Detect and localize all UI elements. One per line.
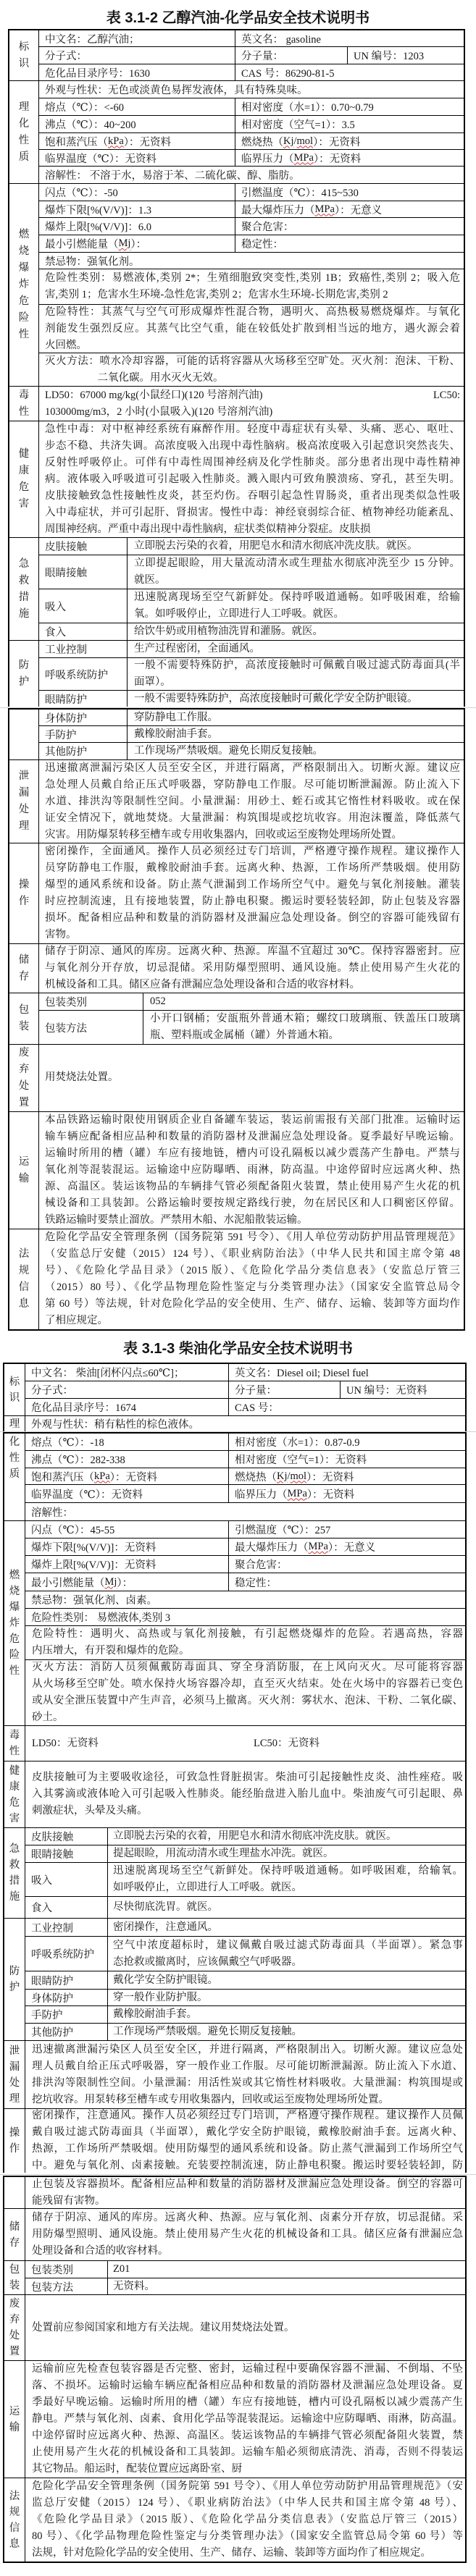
table-row: 迅速撤离泄漏污染区人员至安全区，并进行隔离，严格限制出入。切断火源。建议应急处理… bbox=[39, 760, 464, 843]
table-row: 密闭操作，注意通风。操作人员必须经过专门培训，严格遵守操作规程。建议操作人员佩戴… bbox=[25, 2109, 465, 2173]
chinese-name: 中文名：乙醇汽油； bbox=[39, 30, 235, 46]
table-row: 工业控制 密闭操作，注意通风。 bbox=[25, 1919, 465, 1936]
protection-item-text: 穿防静电工作服。 bbox=[127, 710, 464, 725]
category-label: 操作 bbox=[19, 877, 30, 910]
protection-item-text: 一般不需要特殊防护，高浓度接触时可佩戴自吸过滤式防毒面具(半面罩）。 bbox=[127, 658, 464, 690]
category-cell: 法规信息 bbox=[4, 2478, 25, 2562]
section-physchem: 理 外观与性状：稍有粘性的棕色液体。 bbox=[4, 1415, 465, 1432]
min-ignition-energy: 最小引燃能量（Mj）： bbox=[39, 235, 235, 252]
text-line: 挖坑收容。用泵转移至槽车或专用收集器内，回收或运至废物处理场所处置。 bbox=[32, 2092, 463, 2108]
table-row: 溶解性： 不溶于水，易溶于苯、二硫化碳、醇、脂肪。 bbox=[39, 166, 464, 183]
section-body: 身体防护 穿防静电工作服。 手防护 戴橡胶耐油手套。 其他防护 工作现场严禁吸烟… bbox=[39, 710, 464, 759]
first-aid-item-label: 皮肤接触 bbox=[39, 538, 127, 555]
table-row: 手防护 戴橡胶耐油手套。 bbox=[25, 2005, 465, 2023]
category-label: 防护 bbox=[9, 1963, 20, 1995]
category-label: 健康危害 bbox=[19, 446, 30, 513]
section-body: 皮肤接触 立即脱去污染的衣着，用肥皂水和清水彻底冲洗皮肤。就医。 眼睛接触 提起… bbox=[25, 1828, 465, 1918]
text-line: 急处理人员戴自给正压式呼吸器，穿防静电工作服。尽可能切断泄漏源。防止流入下 bbox=[45, 777, 460, 794]
table-row: 危险化学品安全管理条例（国务院第 591 号令）、《用人单位劳动防护用品管理规范… bbox=[25, 2478, 465, 2562]
chinese-name: 中文名： 柴油[闭杯闪点≤60℃]； bbox=[25, 1364, 228, 1381]
first-aid-item-label: 吸入 bbox=[39, 589, 127, 623]
section-identification: 标识 中文名：乙醇汽油； 英文名： gasoline 分子式： 分子量： UN … bbox=[9, 30, 464, 80]
protection-item-label: 身体防护 bbox=[25, 1990, 107, 2005]
table-row: 密闭操作，全面通风。操作人员必须经过专门培训，严格遵守操作规程。建议操作人员穿防… bbox=[39, 843, 464, 943]
un-number: UN 编号：1203 bbox=[347, 47, 464, 64]
hazard-class: 危险性类别：易燃液体,类别 2*；生殖细胞致突变性,类别 1B；致癌性,类别 2… bbox=[39, 269, 464, 304]
table-row: LD50：无资料 LC50：无资料 bbox=[25, 1726, 465, 1761]
category-cell: 急救措施 bbox=[9, 538, 39, 640]
first-aid-item-label: 食入 bbox=[25, 1897, 107, 1918]
incompatible-materials: 禁忌物：强氧化剂、卤素。 bbox=[25, 1591, 465, 1608]
text-line: 落、不损坏。运输时运输车辆应配备相应品种和数量的消防器材及泄漏应急处理设备。夏 bbox=[32, 2378, 463, 2394]
category-cell: 包装 bbox=[9, 993, 39, 1044]
polymerization-hazard: 聚合危害： bbox=[235, 218, 464, 235]
text-line: 皮肤接触可为主要吸收途径，可致急性肾脏损害。柴油可引起接触性皮炎、油性痤疮。吸 bbox=[32, 1769, 463, 1786]
category-cell: 标识 bbox=[4, 1364, 25, 1415]
text-line: 或从安全泄压装置中产生声音，必须马上撤离。灭火剂：雾状水、泡沫、干粉、二氧化碳、 bbox=[32, 1693, 463, 1709]
section-body: LD50：无资料 LC50：无资料 bbox=[25, 1726, 465, 1761]
critical-pressure: 临界压力（MPa）：无资料 bbox=[235, 150, 464, 166]
section-first-aid: 急救措施 皮肤接触 立即脱去污染的衣着，用肥皂水和清水彻底冲洗皮肤。就医。 眼睛… bbox=[4, 1827, 465, 1918]
vapor-pressure: 饱和蒸汽压（kPa）：无资料 bbox=[39, 133, 235, 149]
section-body: 中文名：乙醇汽油； 英文名： gasoline 分子式： 分子量： UN 编号：… bbox=[39, 30, 464, 80]
storage-text: 储存于阴凉、通风的库房。远离火种、热源。应与氧化剂、卤素分开存放，切忌混储。采用… bbox=[25, 2209, 465, 2260]
table-row: 闪点（℃）：-50 引燃温度（℃）：415~530 bbox=[39, 184, 464, 201]
text-line: 密闭操作，注意通风。 bbox=[113, 1919, 463, 1936]
text-line: 火回燃。 bbox=[45, 337, 460, 354]
section-body: 密闭操作，全面通风。操作人员必须经过专门培训，严格遵守操作规程。建议操作人员穿防… bbox=[39, 843, 464, 943]
table-row: 灭火方法：消防人员须佩戴防毒面具、穿全身消防服，在上风向灭火。尽可能将容器从火场… bbox=[25, 1659, 465, 1725]
text-line: 空气中浓度超标时，建议佩戴自吸过滤式防毒面具（半面罩）。紧急事 bbox=[113, 1937, 463, 1954]
section-body: 闪点（℃）：-50 引燃温度（℃）：415~530 爆炸下限[%(V/V)]：1… bbox=[39, 184, 464, 386]
section-body: 本品铁路运输时限使用钢质企业自备罐车装运，装运前需报有关部门批准。运输时运输车辆… bbox=[39, 1112, 464, 1229]
toxicity-values: LD50：67000 mg/kg(小鼠经口)(120 号溶剂汽油) LC50: … bbox=[39, 387, 464, 421]
lc50-value: 103000mg/m3，2 小时(小鼠吸入)(120 号溶剂汽油) bbox=[45, 404, 460, 421]
regulations-text: 危险化学品安全管理条例（国务院第 591 号令）、《用人单位劳动防护用品管理规范… bbox=[25, 2478, 465, 2562]
first-aid-item-text: 立即脱去污染的衣着，用肥皂水和清水彻底冲洗皮肤。就医。 bbox=[127, 538, 464, 555]
category-cell: 毒性 bbox=[9, 387, 39, 421]
category-cell: 包装 bbox=[4, 2261, 25, 2294]
category-label: 废弃处置 bbox=[9, 2296, 20, 2360]
text-line: 穿防静电工作服。 bbox=[134, 710, 460, 726]
first-aid-item-label: 皮肤接触 bbox=[25, 1828, 107, 1845]
category-label: 法规信息 bbox=[19, 1246, 30, 1313]
section-body: 储存于阴凉、通风的库房。远离火种、热源。库温不宜超过 30℃。保持容器密封。应与… bbox=[39, 944, 464, 993]
table-row: 爆炸下限[%(V/V)]：1.3 最大爆炸压力（MPa）：无意义 bbox=[39, 201, 464, 217]
section-leak-handling: 泄漏处理 迅速撤离泄漏污染区人员至安全区，并进行隔离，严格限制出入。切断火源。建… bbox=[9, 759, 464, 843]
disposal-text: 用焚烧法处置。 bbox=[39, 1045, 464, 1110]
boiling-point: 沸点（℃）：282-338 bbox=[25, 1451, 228, 1468]
section-body: 危险化学品安全管理条例（国务院第 591 号令）、《用人单位劳动防护用品管理规范… bbox=[39, 1229, 464, 1329]
first-aid-item-text: 迅速脱离现场至空气新鲜处。保持呼吸道通畅。如呼吸困难，给输氧。如呼吸停止，立即进… bbox=[107, 1863, 465, 1896]
table-row: 包装方法 无资料。 bbox=[25, 2278, 465, 2294]
protection-item-label: 身体防护 bbox=[39, 710, 127, 725]
category-cell bbox=[4, 2177, 25, 2208]
table-row: 临界温度（℃）：无资料 临界压力（MPa）：无资料 bbox=[39, 149, 464, 166]
text-line: （安监总厅安健（2015）124 号）、《职业病防治法》（中华人民共和国主席令第… bbox=[45, 1246, 460, 1263]
msds-table-diesel-page-1: 标识 中文名： 柴油[闭杯闪点≤60℃]； 英文名：Diesel oil; Di… bbox=[3, 1363, 467, 1432]
text-line: 密闭操作，全面通风。操作人员必须经过专门培训，严格遵守操作规程。建议操作人 bbox=[45, 843, 460, 860]
vapor-pressure: 饱和蒸汽压（kPa）：无资料 bbox=[25, 1468, 228, 1484]
section-transport: 运输 本品铁路运输时限使用钢质企业自备罐车装运，装运前需报有关部门批准。运输时运… bbox=[9, 1111, 464, 1229]
table-row: 身体防护 穿一般作业防护服。 bbox=[25, 1989, 465, 2005]
text-line: 热源，工作场所严禁吸烟。使用防爆型的通风系统和设备。防止蒸气泄漏到工作场所空气 bbox=[32, 2141, 463, 2158]
table-row: 吸入 迅速脱离现场至空气新鲜处。保持呼吸道通畅。如呼吸困难，给输氧。如呼吸停止，… bbox=[25, 1862, 465, 1896]
melting-point: 熔点（℃）：-18 bbox=[25, 1434, 228, 1450]
protection-item-label: 呼吸系统防护 bbox=[39, 658, 127, 690]
cas-number: CAS 号： bbox=[228, 1399, 465, 1415]
text-line: 危险性类别：易燃液体,类别 2*；生殖细胞致突变性,类别 1B；致癌性,类别 2… bbox=[45, 270, 460, 287]
table-row: 分子式： 分子量： UN 编号：1203 bbox=[39, 46, 464, 64]
toxicity-values: LD50：无资料 LC50：无资料 bbox=[25, 1726, 465, 1761]
table-row: 爆炸上限[%(V/V)]：无资料 聚合危害： bbox=[25, 1555, 465, 1573]
packaging-item-text: 无资料。 bbox=[107, 2278, 465, 2294]
table-row: 外观与性状：稍有粘性的棕色液体。 bbox=[25, 1416, 465, 1431]
table-row: 外观与性状：无色或淡黄色易挥发液体，具有特殊臭味。 bbox=[39, 81, 464, 98]
text-line: 面罩）。 bbox=[134, 674, 460, 691]
section-body: 迅速撤离泄漏污染区人员至安全区，并进行隔离，严格限制出入。切断火源。建议应急处理… bbox=[39, 760, 464, 843]
text-line: 剂能发生强烈反应。其蒸气比空气重，能在较低处扩散到相当远的地方，遇火源会着 bbox=[45, 321, 460, 337]
text-line: 源、高温区。装运该物品的车辆排气管必须配备阻火装置，禁止使用易产生火花的机 bbox=[45, 1179, 460, 1195]
first-aid-item-text: 给饮牛奶或用植物油洗胃和灌肠。就医。 bbox=[127, 623, 464, 640]
protection-item-text: 空气中浓度超标时，建议佩戴自吸过滤式防毒面具（半面罩）。紧急事态抢救或撤离时，应… bbox=[107, 1937, 465, 1971]
text-line: 季最好早晚运输。运输时所用的槽（罐）车应有接地链，槽内可设孔隔板以减少震荡产生 bbox=[32, 2394, 463, 2411]
text-line: 反射性呼吸停止。可伴有中毒性周围神经病及化学性肺炎。部分患者出现中毒性精神 bbox=[45, 455, 460, 471]
spellcheck-underline: MPa bbox=[315, 203, 335, 216]
section-body: 包装类别 052 包装方法 小开口钢桶；安瓿瓶外普通木箱；螺纹口玻璃瓶、铁盖压口… bbox=[39, 993, 464, 1044]
stability: 稳定性： bbox=[235, 235, 464, 252]
section-body: 包装类别 Z01 包装方法 无资料。 bbox=[25, 2261, 465, 2294]
relative-density-air: 相对密度（空气=1）：3.5 bbox=[235, 116, 464, 132]
health-hazard-text: 急性中毒：对中枢神经系统有麻醉作用。轻度中毒症状有头晕、头痛、恶心、呕吐、步态不… bbox=[39, 421, 464, 537]
category-cell: 理 bbox=[4, 1416, 25, 1432]
upper-explosion-limit: 爆炸上限[%(V/V)]：6.0 bbox=[39, 218, 235, 235]
text-line: 尽快彻底洗胃。就医。 bbox=[113, 1899, 463, 1916]
category-cell: 健康危害 bbox=[4, 1761, 25, 1827]
lc50-label: LC50: bbox=[433, 387, 460, 404]
category-cell: 泄漏处理 bbox=[9, 760, 39, 843]
text-line: 密闭操作，注意通风。操作人员必须经过专门培训，严格遵守操作规程。建议操作人员佩 bbox=[32, 2108, 463, 2124]
un-number: UN 编号：无资料 bbox=[340, 1381, 465, 1398]
text-line: 水道、排洪沟等限制性空间。小量泄漏：用砂土、蛭石或其它惰性材料吸收。或在保 bbox=[45, 794, 460, 810]
catalog-number: 危化品目录序号：1674 bbox=[25, 1399, 228, 1415]
category-label: 毒性 bbox=[9, 1727, 20, 1759]
table-row: 熔点（℃）：-18 相对密度（水=1）：0.87-0.9 bbox=[25, 1434, 465, 1450]
protection-item-text: 工作现场严禁吸烟。避免长期反复接触。 bbox=[127, 743, 464, 759]
category-label: 废弃处置 bbox=[19, 1045, 30, 1111]
text-line: 本品铁路运输时限使用钢质企业自备罐车装运，装运前需报有关部门批准。运输时运 bbox=[45, 1112, 460, 1129]
text-line: 用防爆型照明、通风设施。禁止使用易产生火花的机械设备和工具。储区应备有泄漏应急 bbox=[32, 2226, 463, 2243]
hazard-properties: 危险特性：其蒸气与空气可形成爆炸性混合物，遇明火、高热极易燃烧爆炸。与氧化剂能发… bbox=[39, 305, 464, 353]
table-row: 中文名：乙醇汽油； 英文名： gasoline bbox=[39, 30, 464, 46]
text-line: 周围神经病。严重中毒出现中毒性脑病，症状类似精神分裂症。皮肤损 bbox=[45, 521, 460, 538]
text-line: 证安全情况下，就地焚烧。大量泄漏：构筑围堤或挖坑收容。用泡沫覆盖，降低蒸气 bbox=[45, 810, 460, 827]
text-line: 工作现场严禁吸烟。避免长期反复接触。 bbox=[113, 2024, 463, 2040]
protection-item-text: 戴橡胶耐油手套。 bbox=[127, 726, 464, 742]
text-line: 与氧化剂分开存放，切忌混储。采用防爆型照明、通风设施。禁止使用易产生火花的 bbox=[45, 960, 460, 977]
protection-item-label: 手防护 bbox=[39, 726, 127, 742]
category-label: 化性质 bbox=[9, 1434, 20, 1482]
critical-temperature: 临界温度（℃）：无资料 bbox=[25, 1485, 228, 1502]
section-health-hazard: 健康危害 急性中毒：对中枢神经系统有麻醉作用。轻度中毒症状有头晕、头痛、恶心、呕… bbox=[9, 421, 464, 537]
section-identification: 标识 中文名： 柴油[闭杯闪点≤60℃]； 英文名：Diesel oil; Di… bbox=[4, 1364, 465, 1415]
text-line: 运输前应先检查包装容器是否完整、密封，运输过程中要确保容器不泄漏、不倒塌、不坠 bbox=[32, 2361, 463, 2378]
protection-item-text: 穿一般作业防护服。 bbox=[107, 1990, 465, 2005]
section-body: 皮肤接触 立即脱去污染的衣着，用肥皂水和清水彻底冲洗皮肤。就医。 眼睛接触 立即… bbox=[39, 538, 464, 640]
table-row: 用焚烧法处置。 bbox=[39, 1045, 464, 1110]
text-line: 中。避免与氧化剂、卤素接触。充装要控制流速，防止静电积聚。搬运时要轻装轻卸，防 bbox=[32, 2158, 463, 2174]
category-cell: 废弃处置 bbox=[4, 2295, 25, 2360]
text-line: 病。液体吸入呼吸道可引起吸入性肺炎。溅入眼内可致角膜溃疡、穿孔，甚至失明。 bbox=[45, 471, 460, 488]
category-label: 操作 bbox=[9, 2125, 20, 2157]
section-body: LD50：67000 mg/kg(小鼠经口)(120 号溶剂汽油) LC50: … bbox=[39, 387, 464, 421]
table-row: 最小引燃能量（Mj）： 稳定性： bbox=[39, 235, 464, 252]
operation-text: 密闭操作，全面通风。操作人员必须经过专门培训，严格遵守操作规程。建议操作人员穿防… bbox=[39, 843, 464, 943]
table-title: 表 3.1-2 乙醇汽油-化学品安全技术说明书 bbox=[0, 8, 476, 28]
text-line: 一般不需要特殊防护，高浓度接触时可佩戴自吸过滤式防毒面具(半 bbox=[134, 657, 460, 674]
packaging-item-label: 包装类别 bbox=[25, 2261, 107, 2278]
category-cell: 防护 bbox=[9, 641, 39, 707]
text-line: 灭火方法：喷水冷却容器，可能的话将容器从火场移至空旷处。灭火剂：泡沫、干粉、 bbox=[45, 353, 460, 370]
text-line: 如呼吸停止，立即进行人工呼吸。就医。 bbox=[113, 1880, 463, 1896]
table-row: 呼吸系统防护 一般不需要特殊防护，高浓度接触时可佩戴自吸过滤式防毒面具(半面罩）… bbox=[39, 657, 464, 690]
text-line: 能残留有害物。 bbox=[32, 2193, 463, 2210]
category-label: 急救措施 bbox=[9, 1841, 20, 1905]
section-regulations: 法规信息 危险化学品安全管理条例（国务院第 591 号令）、《用人单位劳动防护用… bbox=[9, 1229, 464, 1329]
text-line: 立即脱去污染的衣着，用肥皂水和清水彻底冲洗皮肤。就医。 bbox=[134, 538, 460, 555]
page-break-line bbox=[0, 2174, 476, 2175]
text-line: 时应控制流速，且有接地装置，防止静电积聚。搬运时要轻装轻卸，防止包装及容器 bbox=[45, 893, 460, 910]
text-line: 了相应规定。 bbox=[45, 1313, 460, 1329]
text-line: 处置前应参阅国家和地方有关法规。建议用焚烧法处置。 bbox=[32, 2320, 463, 2336]
text-line: 中途停留时应远离火种、热源、高温区。装运该物品的车辆排气管必须配备阻火装置，禁 bbox=[32, 2428, 463, 2444]
text-line: 害,类别 1；危害水生环境-急性危害,类别 2；危害水生环境-长期危害,类别 2 bbox=[45, 287, 460, 303]
text-line: 瓶、塑料瓶或金属桶（罐）外普通木箱。 bbox=[150, 1027, 460, 1044]
spellcheck-underline: MPa bbox=[294, 152, 314, 164]
category-cell: 运输 bbox=[4, 2361, 25, 2478]
text-line: 静电。严禁与氧化剂、卤素、食用化学品等混装混运。运输途中应防曝晒、雨淋，防高温。 bbox=[32, 2411, 463, 2428]
section-disposal: 废弃处置 处置前应参阅国家和地方有关法规。建议用焚烧法处置。 bbox=[4, 2294, 465, 2360]
incompatible-materials: 禁忌物：强氧化剂。 bbox=[39, 253, 464, 269]
first-aid-item-label: 吸入 bbox=[25, 1863, 107, 1896]
section-body: 工业控制 密闭操作，注意通风。 呼吸系统防护 空气中浓度超标时，建议佩戴自吸过滤… bbox=[25, 1919, 465, 2040]
table-row: 身体防护 穿防静电工作服。 bbox=[39, 710, 464, 725]
text-line: 灭火方法：消防人员须佩戴防毒面具、穿全身消防服，在上风向灭火。尽可能将容器 bbox=[32, 1659, 463, 1676]
appearance: 外观与性状：稍有粘性的棕色液体。 bbox=[25, 1416, 465, 1431]
table-row: 皮肤接触 立即脱去污染的衣着，用肥皂水和清水彻底冲洗皮肤。就医。 bbox=[25, 1828, 465, 1845]
disposal-text: 处置前应参阅国家和地方有关法规。建议用焚烧法处置。 bbox=[25, 2295, 465, 2360]
table-row: 包装类别 052 bbox=[39, 993, 464, 1010]
text-line: 迅速脱离现场至空气新鲜处。保持呼吸道通畅。如呼吸困难，给输氧。 bbox=[113, 1863, 463, 1880]
text-line: 损坏。配备相应品种和数量的消防器材及泄漏应急处理设备。倒空的容器可能残留有 bbox=[45, 910, 460, 927]
text-line: 小开口钢桶；安瓿瓶外普通木箱；螺纹口玻璃瓶、铁盖压口玻璃 bbox=[150, 1011, 460, 1027]
category-label: 泄漏处理 bbox=[19, 768, 30, 835]
category-label: 理 bbox=[9, 1416, 20, 1432]
relative-density-water: 相对密度（水=1）：0.87-0.9 bbox=[228, 1434, 465, 1450]
table-row: 工业控制 生产过程密闭，全面通风。 bbox=[39, 641, 464, 657]
category-cell: 燃烧爆炸危险性 bbox=[4, 1521, 25, 1725]
table-row: 危化品目录序号：1630 CAS 号：86290-81-5 bbox=[39, 64, 464, 80]
section-body: 运输前应先检查包装容器是否完整、密封，运输过程中要确保容器不泄漏、不倒塌、不坠落… bbox=[25, 2361, 465, 2478]
table-row: 灭火方法：喷水冷却容器，可能的话将容器从火场移至空旷处。灭火剂：泡沫、干粉、 二… bbox=[39, 353, 464, 386]
msds-table-ethanol-gasoline-page-1: 标识 中文名：乙醇汽油； 英文名： gasoline 分子式： 分子量： UN … bbox=[8, 29, 465, 707]
section-storage: 储存 储存于阴凉、通风的库房。远离火种、热源。库温不宜超过 30℃。保持容器密封… bbox=[9, 943, 464, 993]
table-row: 运输前应先检查包装容器是否完整、密封，运输过程中要确保容器不泄漏、不倒塌、不坠落… bbox=[25, 2361, 465, 2478]
combustion-heat: 燃烧热（Kj/mol）：无资料 bbox=[228, 1468, 465, 1484]
lc50-value: LC50：无资料 bbox=[254, 1735, 320, 1752]
lower-explosion-limit: 爆炸下限[%(V/V)]：无资料 bbox=[25, 1539, 228, 1555]
text-line: 员穿防静电工作服，戴橡胶耐油手套。远离火种、热源，工作场所严禁吸烟。使用防 bbox=[45, 860, 460, 877]
flash-point: 闪点（℃）：45-55 bbox=[25, 1521, 228, 1538]
solubility: 溶解性： 不溶于水，易溶于苯、二硫化碳、醇、脂肪。 bbox=[39, 167, 464, 183]
appearance: 外观与性状：无色或淡黄色易挥发液体，具有特殊臭味。 bbox=[39, 81, 464, 98]
regulations-text: 危险化学品安全管理条例（国务院第 591 号令）、《用人单位劳动防护用品管理规范… bbox=[39, 1229, 464, 1329]
table-row: 饱和蒸汽压（kPa）：无资料 燃烧热（Kj/mol）：无资料 bbox=[39, 132, 464, 149]
english-name: 英文名：Diesel oil; Diesel fuel bbox=[228, 1364, 465, 1381]
table-row: 储存于阴凉、通风的库房。远离火种、热源。应与氧化剂、卤素分开存放，切忌混储。采用… bbox=[25, 2209, 465, 2260]
text-line: 迅速撤离泄漏污染区人员至安全区，并进行隔离，严格限制出入。切断火源。建议应 bbox=[45, 760, 460, 777]
text-line: 危险化学品安全管理条例（国务院第 591 号令）、《用人单位劳动防护用品管理规范… bbox=[45, 1229, 460, 1246]
table-title: 表 3.1-3 柴油化学品安全技术说明书 bbox=[0, 1339, 476, 1359]
text-line: 皮肤接触致急性接触性皮炎，甚至灼伤。吞咽引起急性胃肠炎，重者出现类似急性吸 bbox=[45, 488, 460, 505]
section-body: 止包装及容器损坏。配备相应品种和数量的消防器材及泄漏应急处理设备。倒空的容器可能… bbox=[25, 2177, 465, 2208]
lower-explosion-limit: 爆炸下限[%(V/V)]：1.3 bbox=[39, 201, 235, 217]
table-row: 急性中毒：对中枢神经系统有麻醉作用。轻度中毒症状有头晕、头痛、恶心、呕吐、步态不… bbox=[39, 421, 464, 537]
protection-item-text: 工作现场严禁吸烟。避免长期反复接触。 bbox=[107, 2024, 465, 2040]
text-line: 一般不需要特殊防护，高浓度接触时可戴化学安全防护眼镜。 bbox=[134, 691, 460, 707]
text-line: Z01 bbox=[113, 2261, 463, 2278]
hazard-properties: 危险特性：遇明火、高热或与氧化剂接触，有引起燃烧爆炸的危险。若遇高热，容器内压增… bbox=[25, 1626, 465, 1659]
text-line: 态抢救或撤离时，应该佩戴空气呼吸器。 bbox=[113, 1954, 463, 1971]
text-line: 储存于阴凉、通风的库房。远离火种、热源。库温不宜超过 30℃。保持容器密封。应 bbox=[45, 943, 460, 960]
text-line: 危险特性：其蒸气与空气可形成爆炸性混合物，遇明火、高热极易燃烧爆炸。与氧化 bbox=[45, 304, 460, 321]
spellcheck-underline: Kj bbox=[277, 1470, 288, 1483]
text-line: 工作现场严禁吸烟。避免长期反复接触。 bbox=[134, 743, 460, 759]
protection-item-label: 手防护 bbox=[25, 2006, 107, 2023]
text-line: 戴橡胶耐油手套。 bbox=[134, 726, 460, 743]
health-hazard-text: 皮肤接触可为主要吸收途径，可致急性肾脏损害。柴油可引起接触性皮炎、油性痤疮。吸入… bbox=[25, 1761, 465, 1827]
category-cell: 毒性 bbox=[4, 1726, 25, 1761]
table-row: 危险性类别：易燃液体,类别 2*；生殖细胞致突变性,类别 1B；致癌性,类别 2… bbox=[39, 269, 464, 304]
first-aid-item-label: 眼睛接触 bbox=[39, 555, 127, 589]
category-label: 包装 bbox=[9, 2262, 20, 2294]
table-row: 禁忌物：强氧化剂、卤素。 bbox=[25, 1591, 465, 1608]
text-line: 急性中毒：对中枢神经系统有麻醉作用。轻度中毒症状有头晕、头痛、恶心、呕吐、 bbox=[45, 421, 460, 438]
table-row: 食入 尽快彻底洗胃。就医。 bbox=[25, 1896, 465, 1918]
section-operation-continued: 止包装及容器损坏。配备相应品种和数量的消防器材及泄漏应急处理设备。倒空的容器可能… bbox=[4, 2177, 465, 2208]
text-line: LD50：无资料 LC50：无资料 bbox=[32, 1735, 463, 1752]
table-row: 熔点（℃）：<-60 相对密度（水=1）：0.70~0.79 bbox=[39, 98, 464, 115]
text-line: 储存于阴凉、通风的库房。远离火种、热源。应与氧化剂、卤素分开存放，切忌混储。采 bbox=[32, 2210, 463, 2226]
storage-text: 储存于阴凉、通风的库房。远离火种、热源。库温不宜超过 30℃。保持容器密封。应与… bbox=[39, 944, 464, 993]
text-line: LD50：67000 mg/kg(小鼠经口)(120 号溶剂汽油) LC50: bbox=[45, 387, 460, 404]
text-line: 械设备和工具装卸。公路运输时要按规定路线行驶，勿在居民区和人口稠密区停留。 bbox=[45, 1195, 460, 1212]
category-cell: 储存 bbox=[4, 2209, 25, 2260]
polymerization-hazard: 聚合危害： bbox=[228, 1556, 465, 1573]
table-row: 禁忌物：强氧化剂。 bbox=[39, 252, 464, 269]
table-row: 饱和蒸汽压（kPa）：无资料 燃烧热（Kj/mol）：无资料 bbox=[25, 1468, 465, 1484]
table-row: 危险特性：遇明火、高热或与氧化剂接触，有引起燃烧爆炸的危险。若遇高热，容器内压增… bbox=[25, 1625, 465, 1659]
category-cell: 健康危害 bbox=[9, 421, 39, 537]
operation-text: 止包装及容器损坏。配备相应品种和数量的消防器材及泄漏应急处理设备。倒空的容器可能… bbox=[25, 2177, 465, 2208]
table-row: 其他防护 工作现场严禁吸烟。避免长期反复接触。 bbox=[25, 2023, 465, 2040]
section-physchem: 理化性质 外观与性状：无色或淡黄色易挥发液体，具有特殊臭味。 熔点（℃）：<-6… bbox=[9, 80, 464, 183]
table-row: 危化品目录序号：1674 CAS 号： bbox=[25, 1398, 465, 1415]
section-transport: 运输 运输前应先检查包装容器是否完整、密封，运输过程中要确保容器不泄漏、不倒塌、… bbox=[4, 2360, 465, 2478]
relative-density-air: 相对密度（空气=1）：无资料 bbox=[228, 1451, 465, 1468]
spellcheck-underline: kPa bbox=[108, 135, 124, 148]
first-aid-item-text: 迅速脱离现场至空气新鲜处。保持呼吸道通畅。如呼吸困难，给输氧。如呼吸停止，立即进… bbox=[127, 589, 464, 623]
category-cell: 标识 bbox=[9, 30, 39, 80]
text-line: 第 60 号）等法规，针对危险化学品的安全使用、生产、储存、运输、装卸等方面均作 bbox=[45, 1296, 460, 1313]
table-row: LD50：67000 mg/kg(小鼠经口)(120 号溶剂汽油) LC50: … bbox=[39, 387, 464, 421]
table-row: 危险特性：其蒸气与空气可形成爆炸性混合物，遇明火、高热极易燃烧爆炸。与氧化剂能发… bbox=[39, 304, 464, 353]
first-aid-item-text: 立即提起眼睑，用大量流动清水或生理盐水彻底冲洗至少 15 分钟。就医。 bbox=[127, 555, 464, 589]
table-row: 储存于阴凉、通风的库房。远离火种、热源。库温不宜超过 30℃。保持容器密封。应与… bbox=[39, 944, 464, 993]
spellcheck-underline: Mj bbox=[119, 237, 131, 250]
section-body: 外观与性状：稍有粘性的棕色液体。 bbox=[25, 1416, 465, 1432]
table-row: 闪点（℃）：45-55 引燃温度（℃）：257 bbox=[25, 1521, 465, 1538]
table-row: 吸入 迅速脱离现场至空气新鲜处。保持呼吸道通畅。如呼吸困难，给输氧。如呼吸停止，… bbox=[39, 589, 464, 623]
section-storage: 储存 储存于阴凉、通风的库房。远离火种、热源。应与氧化剂、卤素分开存放，切忌混储… bbox=[4, 2208, 465, 2260]
section-packaging: 包装 包装类别 052 包装方法 小开口钢桶；安瓿瓶外普通木箱；螺纹口玻璃瓶、铁… bbox=[9, 993, 464, 1044]
protection-item-label: 其他防护 bbox=[25, 2024, 107, 2040]
section-first-aid: 急救措施 皮肤接触 立即脱去污染的衣着，用肥皂水和清水彻底冲洗皮肤。就医。 眼睛… bbox=[9, 537, 464, 640]
text-line: 监总厅安健（2015）124 号）、《职业病防治法》（中华人民共和国主席令第 4… bbox=[32, 2495, 463, 2512]
text-line: 迅速脱离现场至空气新鲜处。保持呼吸道通畅。如呼吸困难，给输 bbox=[134, 589, 460, 606]
text-line: 输车辆应配备相应品种和数量的消防器材及泄漏应急处理设备。夏季最好早晚运输。 bbox=[45, 1129, 460, 1145]
protection-item-label: 眼睛防护 bbox=[39, 691, 127, 707]
section-disposal: 废弃处置 用焚烧法处置。 bbox=[9, 1044, 464, 1111]
text-line: 戴化学安全防护眼镜。 bbox=[113, 1972, 463, 1989]
text-line: 80 号）、《化学品物理危险性鉴定与分类管理办法》（国家安全监管总局令第 60 … bbox=[32, 2528, 463, 2545]
table-row: 食入 给饮牛奶或用植物油洗胃和灌肠。就医。 bbox=[39, 623, 464, 640]
text-line: 危险特性：遇明火、高热或与氧化剂接触，有引起燃烧爆炸的危险。若遇高热，容器 bbox=[32, 1626, 463, 1643]
ignition-temperature: 引燃温度（℃）：257 bbox=[228, 1521, 465, 1538]
table-row: 沸点（℃）：40~200 相对密度（空气=1）：3.5 bbox=[39, 115, 464, 132]
category-label: 法规信息 bbox=[9, 2488, 20, 2552]
text-line: 氧化剂等混装混运。运输途中应防曝晒、雨淋，防高温。中途停留时应远离火种、热 bbox=[45, 1162, 460, 1179]
text-line: 迅速撤离泄漏污染区人员至安全区，并进行隔离，严格限制出入。切断火源。建议应急处 bbox=[32, 2042, 463, 2058]
hazard-class: 危险性类别： 易燃液体,类别 3 bbox=[25, 1609, 465, 1625]
table-row: 止包装及容器损坏。配备相应品种和数量的消防器材及泄漏应急处理设备。倒空的容器可能… bbox=[25, 2177, 465, 2208]
section-operation: 操作 密闭操作，全面通风。操作人员必须经过专门培训，严格遵守操作规程。建议操作人… bbox=[9, 843, 464, 943]
table-row: 爆炸上限[%(V/V)]：6.0 聚合危害： bbox=[39, 217, 464, 235]
spellcheck-underline: Mj bbox=[105, 1576, 117, 1588]
msds-table-diesel-page-3: 止包装及容器损坏。配备相应品种和数量的消防器材及泄漏应急处理设备。倒空的容器可能… bbox=[3, 2176, 467, 2563]
text-line: 提起眼睑，用流动清水或生理盐水冲洗。就医。 bbox=[113, 1845, 463, 1862]
section-fire-explosion: 燃烧爆炸危险性 闪点（℃）：45-55 引燃温度（℃）：257 爆炸下限[%(V… bbox=[4, 1520, 465, 1725]
text-line: （2015）80 号）、《化学品物理危险性鉴定与分类管理办法》（国家安全监管总局… bbox=[45, 1279, 460, 1296]
leak-text: 迅速撤离泄漏污染区人员至安全区，并进行隔离，严格限制出入。切断火源。建议应急处理… bbox=[25, 2041, 465, 2108]
leak-text: 迅速撤离泄漏污染区人员至安全区，并进行隔离，严格限制出入。切断火源。建议应急处理… bbox=[39, 760, 464, 843]
relative-density-water: 相对密度（水=1）：0.70~0.79 bbox=[235, 98, 464, 115]
boiling-point: 沸点（℃）：40~200 bbox=[39, 116, 235, 132]
category-cell: 急救措施 bbox=[4, 1828, 25, 1918]
table-row: 眼睛接触 提起眼睑，用流动清水或生理盐水冲洗。就医。 bbox=[25, 1845, 465, 1862]
section-body: 用焚烧法处置。 bbox=[39, 1045, 464, 1111]
section-toxicity: 毒性 LD50：67000 mg/kg(小鼠经口)(120 号溶剂汽油) LC5… bbox=[9, 386, 464, 421]
category-label: 运输 bbox=[9, 2404, 20, 2436]
category-cell: 化性质 bbox=[4, 1434, 25, 1520]
text-line: 号）、《危险化学品目录》（2015 版）、《危险化学品分类信息表》（安监总厅管三 bbox=[45, 1263, 460, 1279]
protection-item-text: 一般不需要特殊防护，高浓度接触时可戴化学安全防护眼镜。 bbox=[127, 691, 464, 707]
max-explosion-pressure: 最大爆炸压力（MPa）：无意义 bbox=[228, 1539, 465, 1555]
text-line: 危险化学品安全管理条例（国务院第 591 号令）、《用人单位劳动防护用品管理规范… bbox=[32, 2478, 463, 2495]
category-label: 燃烧爆炸危险性 bbox=[19, 227, 30, 343]
table-row: 处置前应参阅国家和地方有关法规。建议用焚烧法处置。 bbox=[25, 2295, 465, 2360]
table-row: 皮肤接触 立即脱去污染的衣着，用肥皂水和清水彻底冲洗皮肤。就医。 bbox=[39, 538, 464, 555]
